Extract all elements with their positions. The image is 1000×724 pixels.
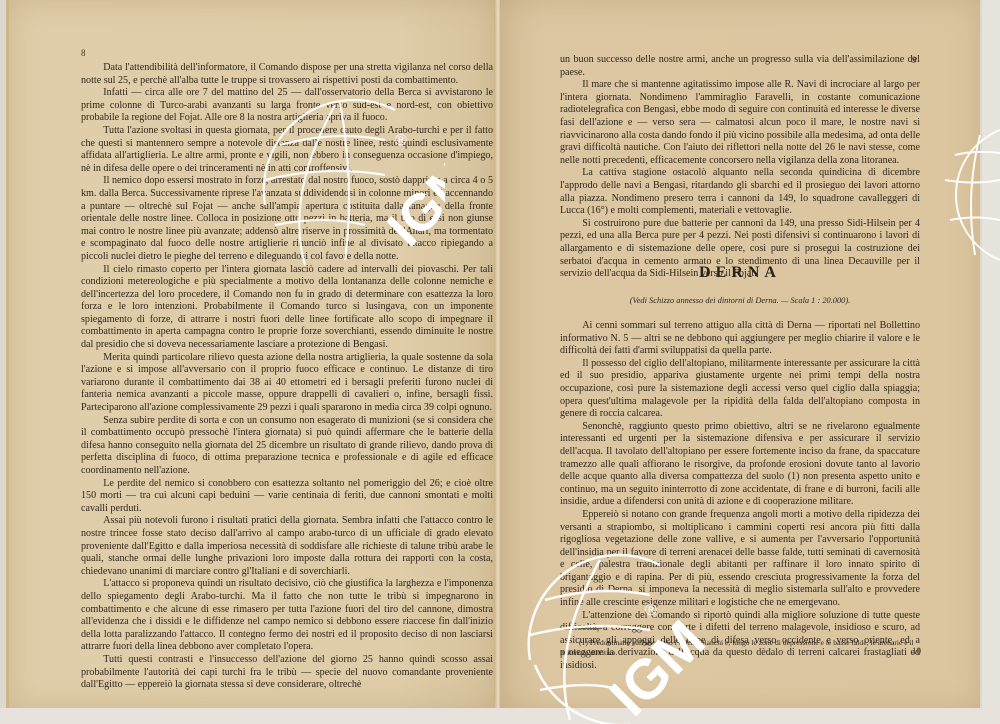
right-top-paragraph: Il mare che si mantenne agitatissimo imp… [560,79,920,167]
left-paragraph: Le perdite del nemico si conobbero con e… [81,478,493,516]
left-paragraph: Assai più notevoli furono i risultati pr… [81,515,493,578]
right-bottom-paragraph: Eppereiò si notano con grande frequenza … [560,509,920,610]
right-bottom-paragraph: Il possesso del ciglio dell'altopiano, m… [560,358,920,421]
right-top-paragraph: La cattiva stagione ostacolò alquanto ne… [560,167,920,217]
left-paragraph: Senza subire perdite di sorta e con un c… [81,415,493,478]
footnote-rule [562,628,602,629]
left-paragraph: Merita quindi particolare rilievo questa… [81,352,493,415]
right-page: 9 un buon successo delle nostre armi, an… [500,0,980,710]
right-bottom-paragraph: Ai cenni sommari sul terreno attiguo all… [560,320,920,358]
left-page-body: Data l'attendibilità dell'informatore, i… [81,62,493,692]
left-paragraph: L'attacco si proponeva quindi un risulta… [81,578,493,654]
footnote: (1) Predominano sull'altopiano i calcari… [560,638,920,658]
scan-margin [982,0,1000,724]
left-paragraph: Tutta l'azione svoltasi in questa giorna… [81,125,493,175]
section-title: DERNA [560,264,920,282]
section-subtitle: (Vedi Schizzo annesso dei dintorni di De… [560,296,920,305]
footnote-text: (1) Predominano sull'altopiano i calcari… [560,638,920,658]
right-bottom-paragraph: Senonchè, raggiunto questo primo obietti… [560,421,920,509]
right-page-body-bottom: Ai cenni sommari sul terreno attiguo all… [560,320,920,673]
left-paragraph: Tutti questi contrasti e l'insuccesso de… [81,654,493,692]
left-page: 8 Data l'attendibilità dell'informatore,… [6,0,499,710]
left-paragraph: Il nemico dopo essersi mostrato in forze… [81,175,493,263]
page-number-left: 8 [81,48,86,58]
left-paragraph: Il cielo rimasto coperto per l'intera gi… [81,264,493,352]
right-page-body-top: un buon successo delle nostre armi, anch… [560,54,920,281]
bottom-page-number: 10 [912,646,921,656]
book-spread: 8 Data l'attendibilità dell'informatore,… [0,0,1000,724]
scan-bottom-edge [0,708,1000,724]
left-paragraph: Infatti — circa alle ore 7 del mattino d… [81,87,493,125]
right-top-paragraph: un buon successo delle nostre armi, anch… [560,54,920,79]
left-paragraph: Data l'attendibilità dell'informatore, i… [81,62,493,87]
